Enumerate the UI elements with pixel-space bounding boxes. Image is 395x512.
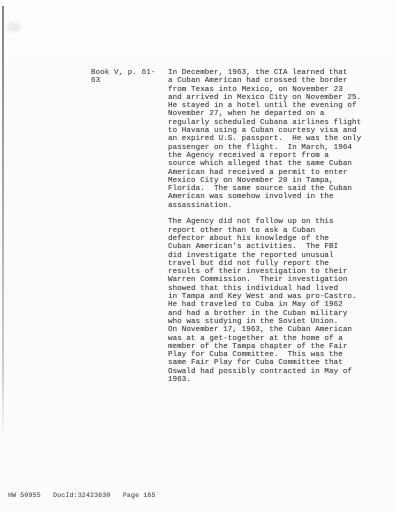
document-body: In December, 1963, the CIA learned that … xyxy=(168,69,368,384)
scan-smudge-artifact xyxy=(7,22,21,32)
paragraph-2: The Agency did not follow up on this rep… xyxy=(168,218,368,384)
document-id-footer: HW 50955 DocId:32423630 Page 165 xyxy=(8,492,156,499)
scan-edge-artifact xyxy=(2,6,4,440)
paragraph-1: In December, 1963, the CIA learned that … xyxy=(168,69,368,210)
scanned-document-page: Book V, p. 61- 63 In December, 1963, the… xyxy=(0,0,395,512)
margin-citation: Book V, p. 61- 63 xyxy=(91,69,155,86)
